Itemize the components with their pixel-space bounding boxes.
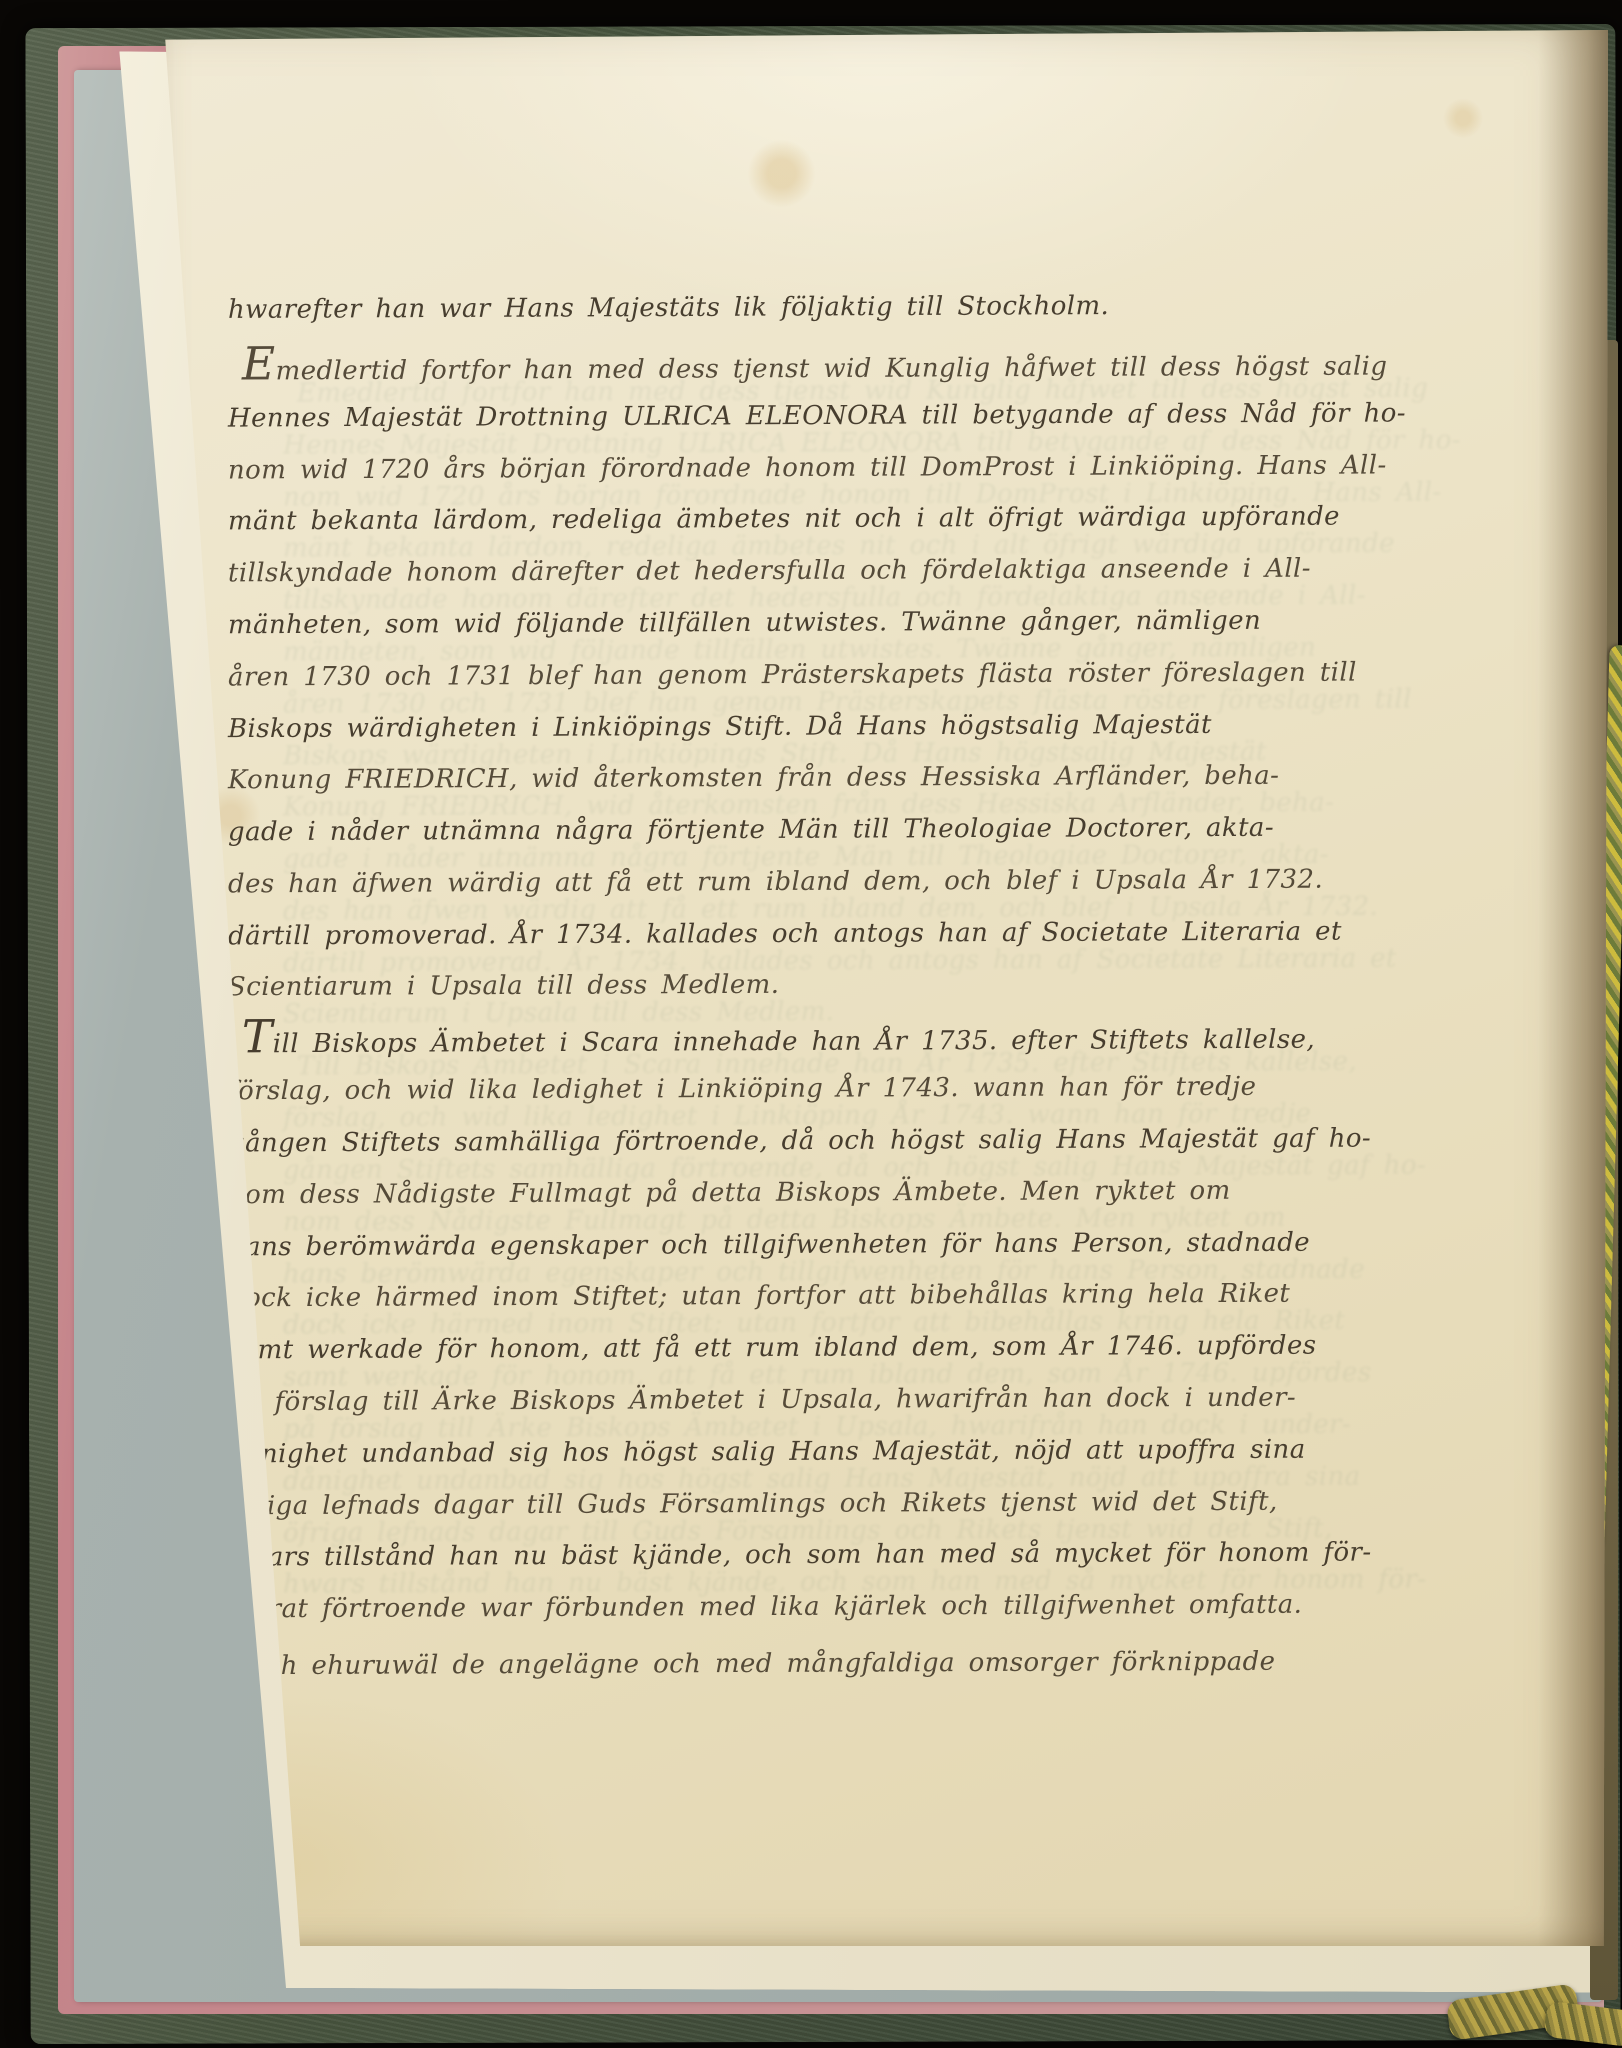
manuscript-line: dånighet undanbad sig hos högst salig Ha… — [228, 1434, 1306, 1469]
manuscript-line: tillskyndade honom därefter det hedersfu… — [228, 554, 1311, 589]
manuscript-line: öfriga lefnads dagar till Guds Församlin… — [228, 1486, 1278, 1521]
manuscript-line: åren 1730 och 1731 blef han genom Präste… — [228, 657, 1357, 692]
manuscript-line: hans berömwärda egenskaper och tillgifwe… — [228, 1227, 1310, 1262]
manuscript-line: därtill promoverad. År 1734. kallades oc… — [228, 916, 1342, 951]
manuscript-line: dock icke härmed inom Stiftet; utan fort… — [228, 1279, 1290, 1314]
manuscript-line: på förslag till Ärke Biskops Ämbetet i U… — [228, 1383, 1296, 1418]
book-photo: hwarefter han war Hans Majestäts lik föl… — [0, 0, 1622, 2048]
manuscript-line: Emedlertid fortfor han med dess tjenst w… — [242, 347, 1388, 387]
manuscript-line: Biskops wärdigheten i Linkiöpings Stift.… — [228, 709, 1212, 743]
manuscript-line: Konung FRIEDRICH, wid återkomsten från d… — [228, 761, 1279, 796]
manuscript-line: gången Stiftets samhälliga förtroende, d… — [228, 1124, 1371, 1159]
text-block: hwarefter han war Hans Majestäts lik föl… — [158, 30, 1608, 1946]
manuscript-line: Och ehuruwäl de angelägne och med mångfa… — [228, 1642, 1276, 1682]
manuscript-page: hwarefter han war Hans Majestäts lik föl… — [158, 30, 1608, 1946]
manuscript-line: Hennes Majestät Drottning ULRICA ELEONOR… — [228, 398, 1406, 433]
manuscript-line: nom dess Nådigste Fullmagt på detta Bisk… — [228, 1176, 1231, 1210]
manuscript-line: Till Biskops Ämbetet i Scara innehade ha… — [242, 1020, 1315, 1060]
manuscript-line: mänheten, som wid följande tillfällen ut… — [228, 606, 1261, 641]
manuscript-line: mänt bekanta lärdom, redeliga ämbetes ni… — [228, 502, 1340, 537]
manuscript-line: nom wid 1720 års början förordnade honom… — [228, 450, 1387, 485]
manuscript-line: gade i nåder utnämna några förtjente Män… — [228, 813, 1274, 848]
manuscript-line: Scientiarum i Upsala till dess Medlem. — [228, 969, 779, 1001]
manuscript-line: hwarefter han war Hans Majestäts lik föl… — [228, 291, 1109, 325]
manuscript-line: samt werkade för honom, att få ett rum i… — [228, 1331, 1317, 1366]
manuscript-line: klarat förtroende war förbunden med lika… — [228, 1590, 1302, 1625]
manuscript-line: hwars tillstånd han nu bäst kjände, och … — [228, 1538, 1372, 1573]
manuscript-line: des han äfwen wärdig att få ett rum ibla… — [228, 865, 1323, 900]
manuscript-line: förslag, och wid lika ledighet i Linkiöp… — [228, 1072, 1256, 1106]
cord-end — [1543, 2001, 1622, 2048]
